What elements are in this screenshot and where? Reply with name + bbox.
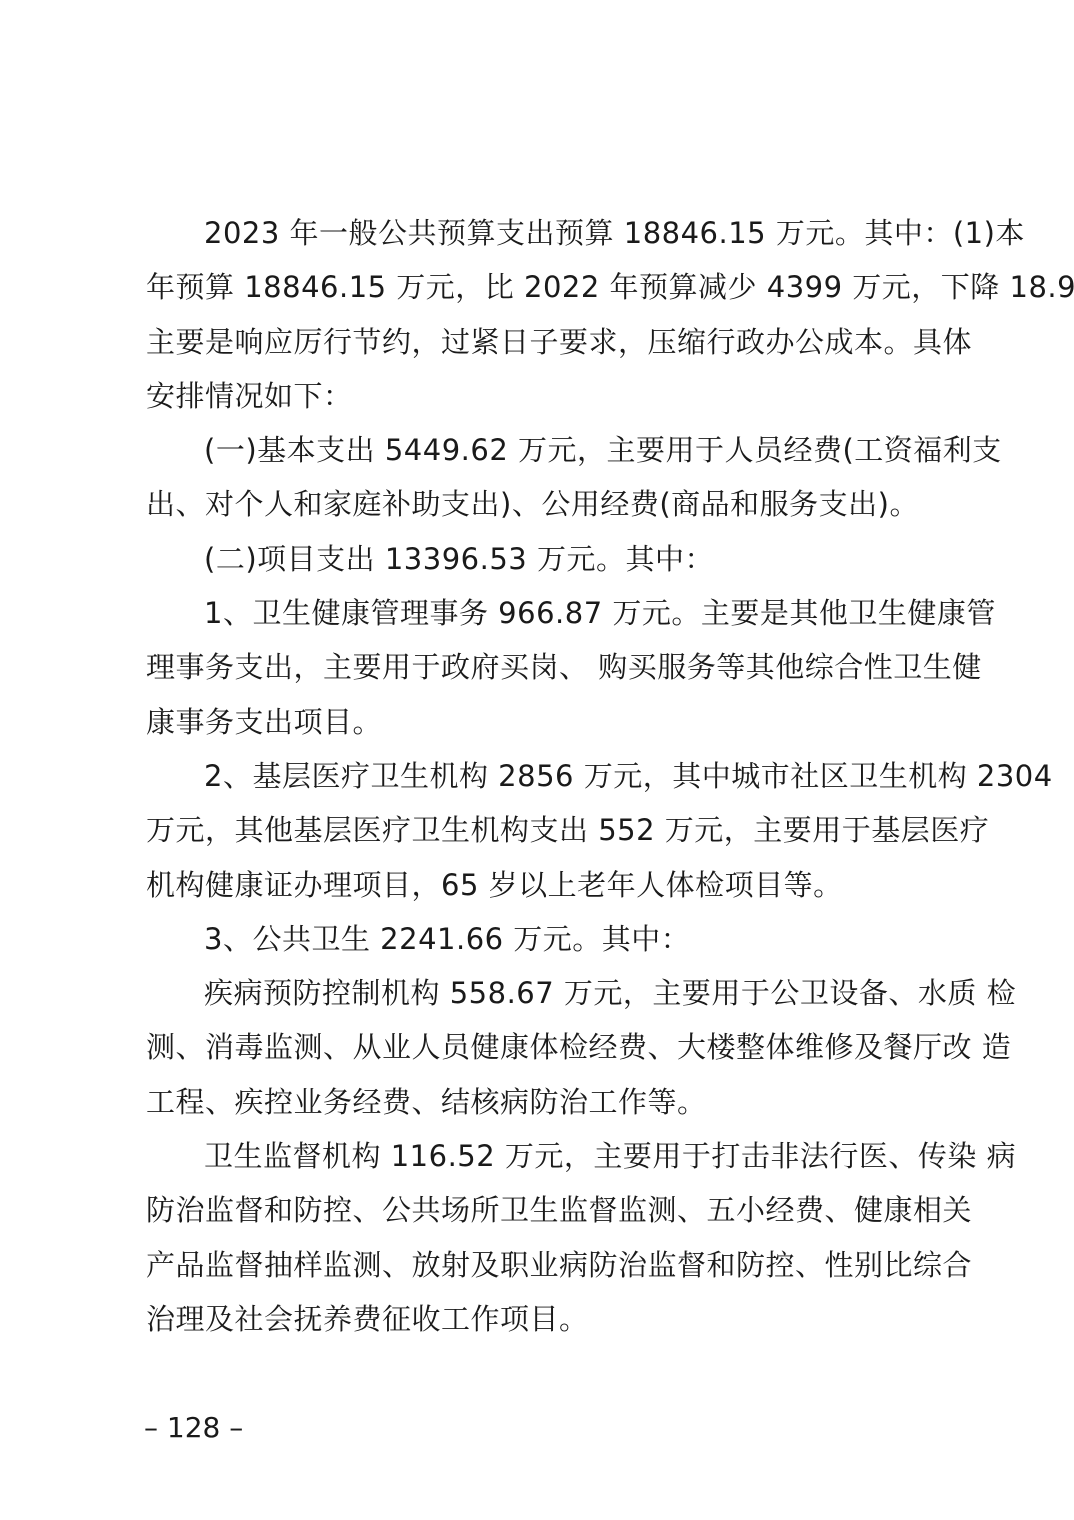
text-line: 安排情况如下：	[146, 369, 946, 423]
text-line: (二)项目支出 13396.53 万元。其中：	[146, 532, 946, 586]
document-page: 2023 年一般公共预算支出预算 18846.15 万元。其中：(1)本 年预算…	[0, 0, 1074, 1520]
paragraph-item-1-health-management: 1、卫生健康管理事务 966.87 万元。主要是其他卫生健康管 理事务支出，主要…	[146, 586, 946, 749]
paragraph-health-supervision: 卫生监督机构 116.52 万元，主要用于打击非法行医、传染 病 防治监督和防控…	[146, 1129, 946, 1346]
text-line: 年预算 18846.15 万元，比 2022 年预算减少 4399 万元，下降 …	[146, 260, 946, 314]
paragraph-budget-overview: 2023 年一般公共预算支出预算 18846.15 万元。其中：(1)本 年预算…	[146, 206, 946, 423]
paragraph-project-expenditure: (二)项目支出 13396.53 万元。其中：	[146, 532, 946, 586]
text-line: (一)基本支出 5449.62 万元，主要用于人员经费(工资福利支	[146, 423, 946, 477]
text-line: 治理及社会抚养费征收工作项目。	[146, 1292, 946, 1346]
text-line: 3、公共卫生 2241.66 万元。其中：	[146, 912, 946, 966]
page-number: – 128 –	[144, 1408, 243, 1448]
paragraph-item-3-public-health: 3、公共卫生 2241.66 万元。其中：	[146, 912, 946, 966]
text-line: 工程、疾控业务经费、结核病防治工作等。	[146, 1075, 946, 1129]
text-line: 机构健康证办理项目，65 岁以上老年人体检项目等。	[146, 858, 946, 912]
text-line: 疾病预防控制机构 558.67 万元，主要用于公卫设备、水质 检	[146, 966, 946, 1020]
paragraph-basic-expenditure: (一)基本支出 5449.62 万元，主要用于人员经费(工资福利支 出、对个人和…	[146, 423, 946, 532]
text-line: 1、卫生健康管理事务 966.87 万元。主要是其他卫生健康管	[146, 586, 946, 640]
text-line: 理事务支出，主要用于政府买岗、 购买服务等其他综合性卫生健	[146, 640, 946, 694]
paragraph-disease-control: 疾病预防控制机构 558.67 万元，主要用于公卫设备、水质 检 测、消毒监测、…	[146, 966, 946, 1129]
text-line: 2、基层医疗卫生机构 2856 万元，其中城市社区卫生机构 2304	[146, 749, 946, 803]
text-line: 2023 年一般公共预算支出预算 18846.15 万元。其中：(1)本	[146, 206, 946, 260]
text-line: 主要是响应厉行节约，过紧日子要求，压缩行政办公成本。具体	[146, 315, 946, 369]
text-line: 防治监督和防控、公共场所卫生监督监测、五小经费、健康相关	[146, 1183, 946, 1237]
text-line: 产品监督抽样监测、放射及职业病防治监督和防控、性别比综合	[146, 1238, 946, 1292]
text-line: 出、对个人和家庭补助支出)、公用经费(商品和服务支出)。	[146, 477, 946, 531]
paragraph-item-2-primary-care: 2、基层医疗卫生机构 2856 万元，其中城市社区卫生机构 2304 万元，其他…	[146, 749, 946, 912]
text-line: 康事务支出项目。	[146, 695, 946, 749]
text-line: 万元，其他基层医疗卫生机构支出 552 万元，主要用于基层医疗	[146, 803, 946, 857]
document-body: 2023 年一般公共预算支出预算 18846.15 万元。其中：(1)本 年预算…	[146, 206, 946, 1346]
text-line: 测、消毒监测、从业人员健康体检经费、大楼整体维修及餐厅改 造	[146, 1020, 946, 1074]
text-line: 卫生监督机构 116.52 万元，主要用于打击非法行医、传染 病	[146, 1129, 946, 1183]
